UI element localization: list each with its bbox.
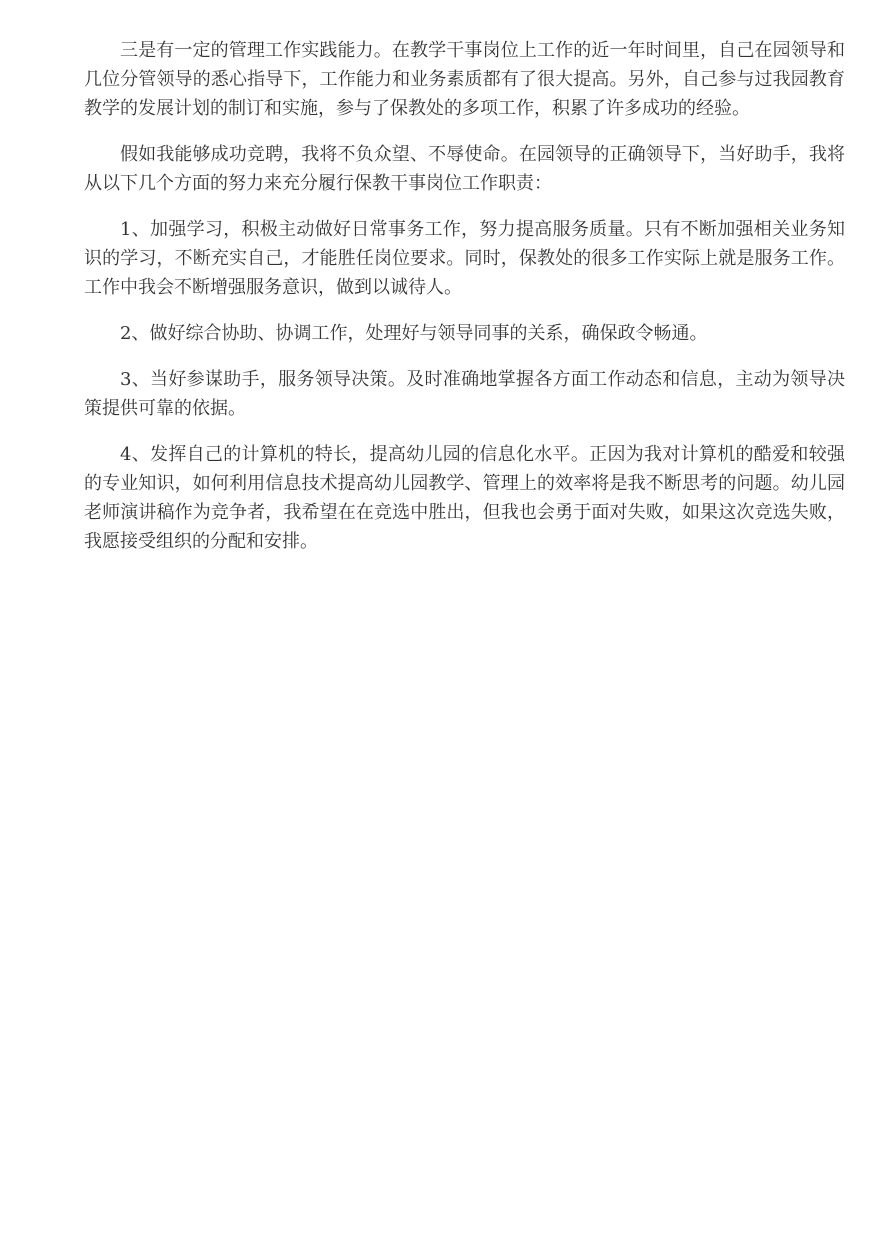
- paragraph-point-4-computer-skills: 4、发挥自己的计算机的特长，提高幼儿园的信息化水平。正因为我对计算机的酷爱和较强…: [84, 440, 845, 556]
- paragraph-management-experience: 三是有一定的管理工作实践能力。在教学干事岗位上工作的近一年时间里，自己在园领导和…: [84, 36, 845, 123]
- paragraph-if-elected-intro: 假如我能够成功竞聘，我将不负众望、不辱使命。在园领导的正确领导下，当好助手，我将…: [84, 140, 845, 198]
- paragraph-point-3-advisor: 3、当好参谋助手，服务领导决策。及时准确地掌握各方面工作动态和信息，主动为领导决…: [84, 365, 845, 423]
- paragraph-point-2-coordination: 2、做好综合协助、协调工作，处理好与领导同事的关系，确保政令畅通。: [84, 319, 845, 348]
- paragraph-point-1-strengthen-learning: 1、加强学习，积极主动做好日常事务工作，努力提高服务质量。只有不断加强相关业务知…: [84, 215, 845, 302]
- document-text-area: 三是有一定的管理工作实践能力。在教学干事岗位上工作的近一年时间里，自己在园领导和…: [0, 0, 884, 556]
- document-page: 三是有一定的管理工作实践能力。在教学干事岗位上工作的近一年时间里，自己在园领导和…: [0, 0, 884, 1250]
